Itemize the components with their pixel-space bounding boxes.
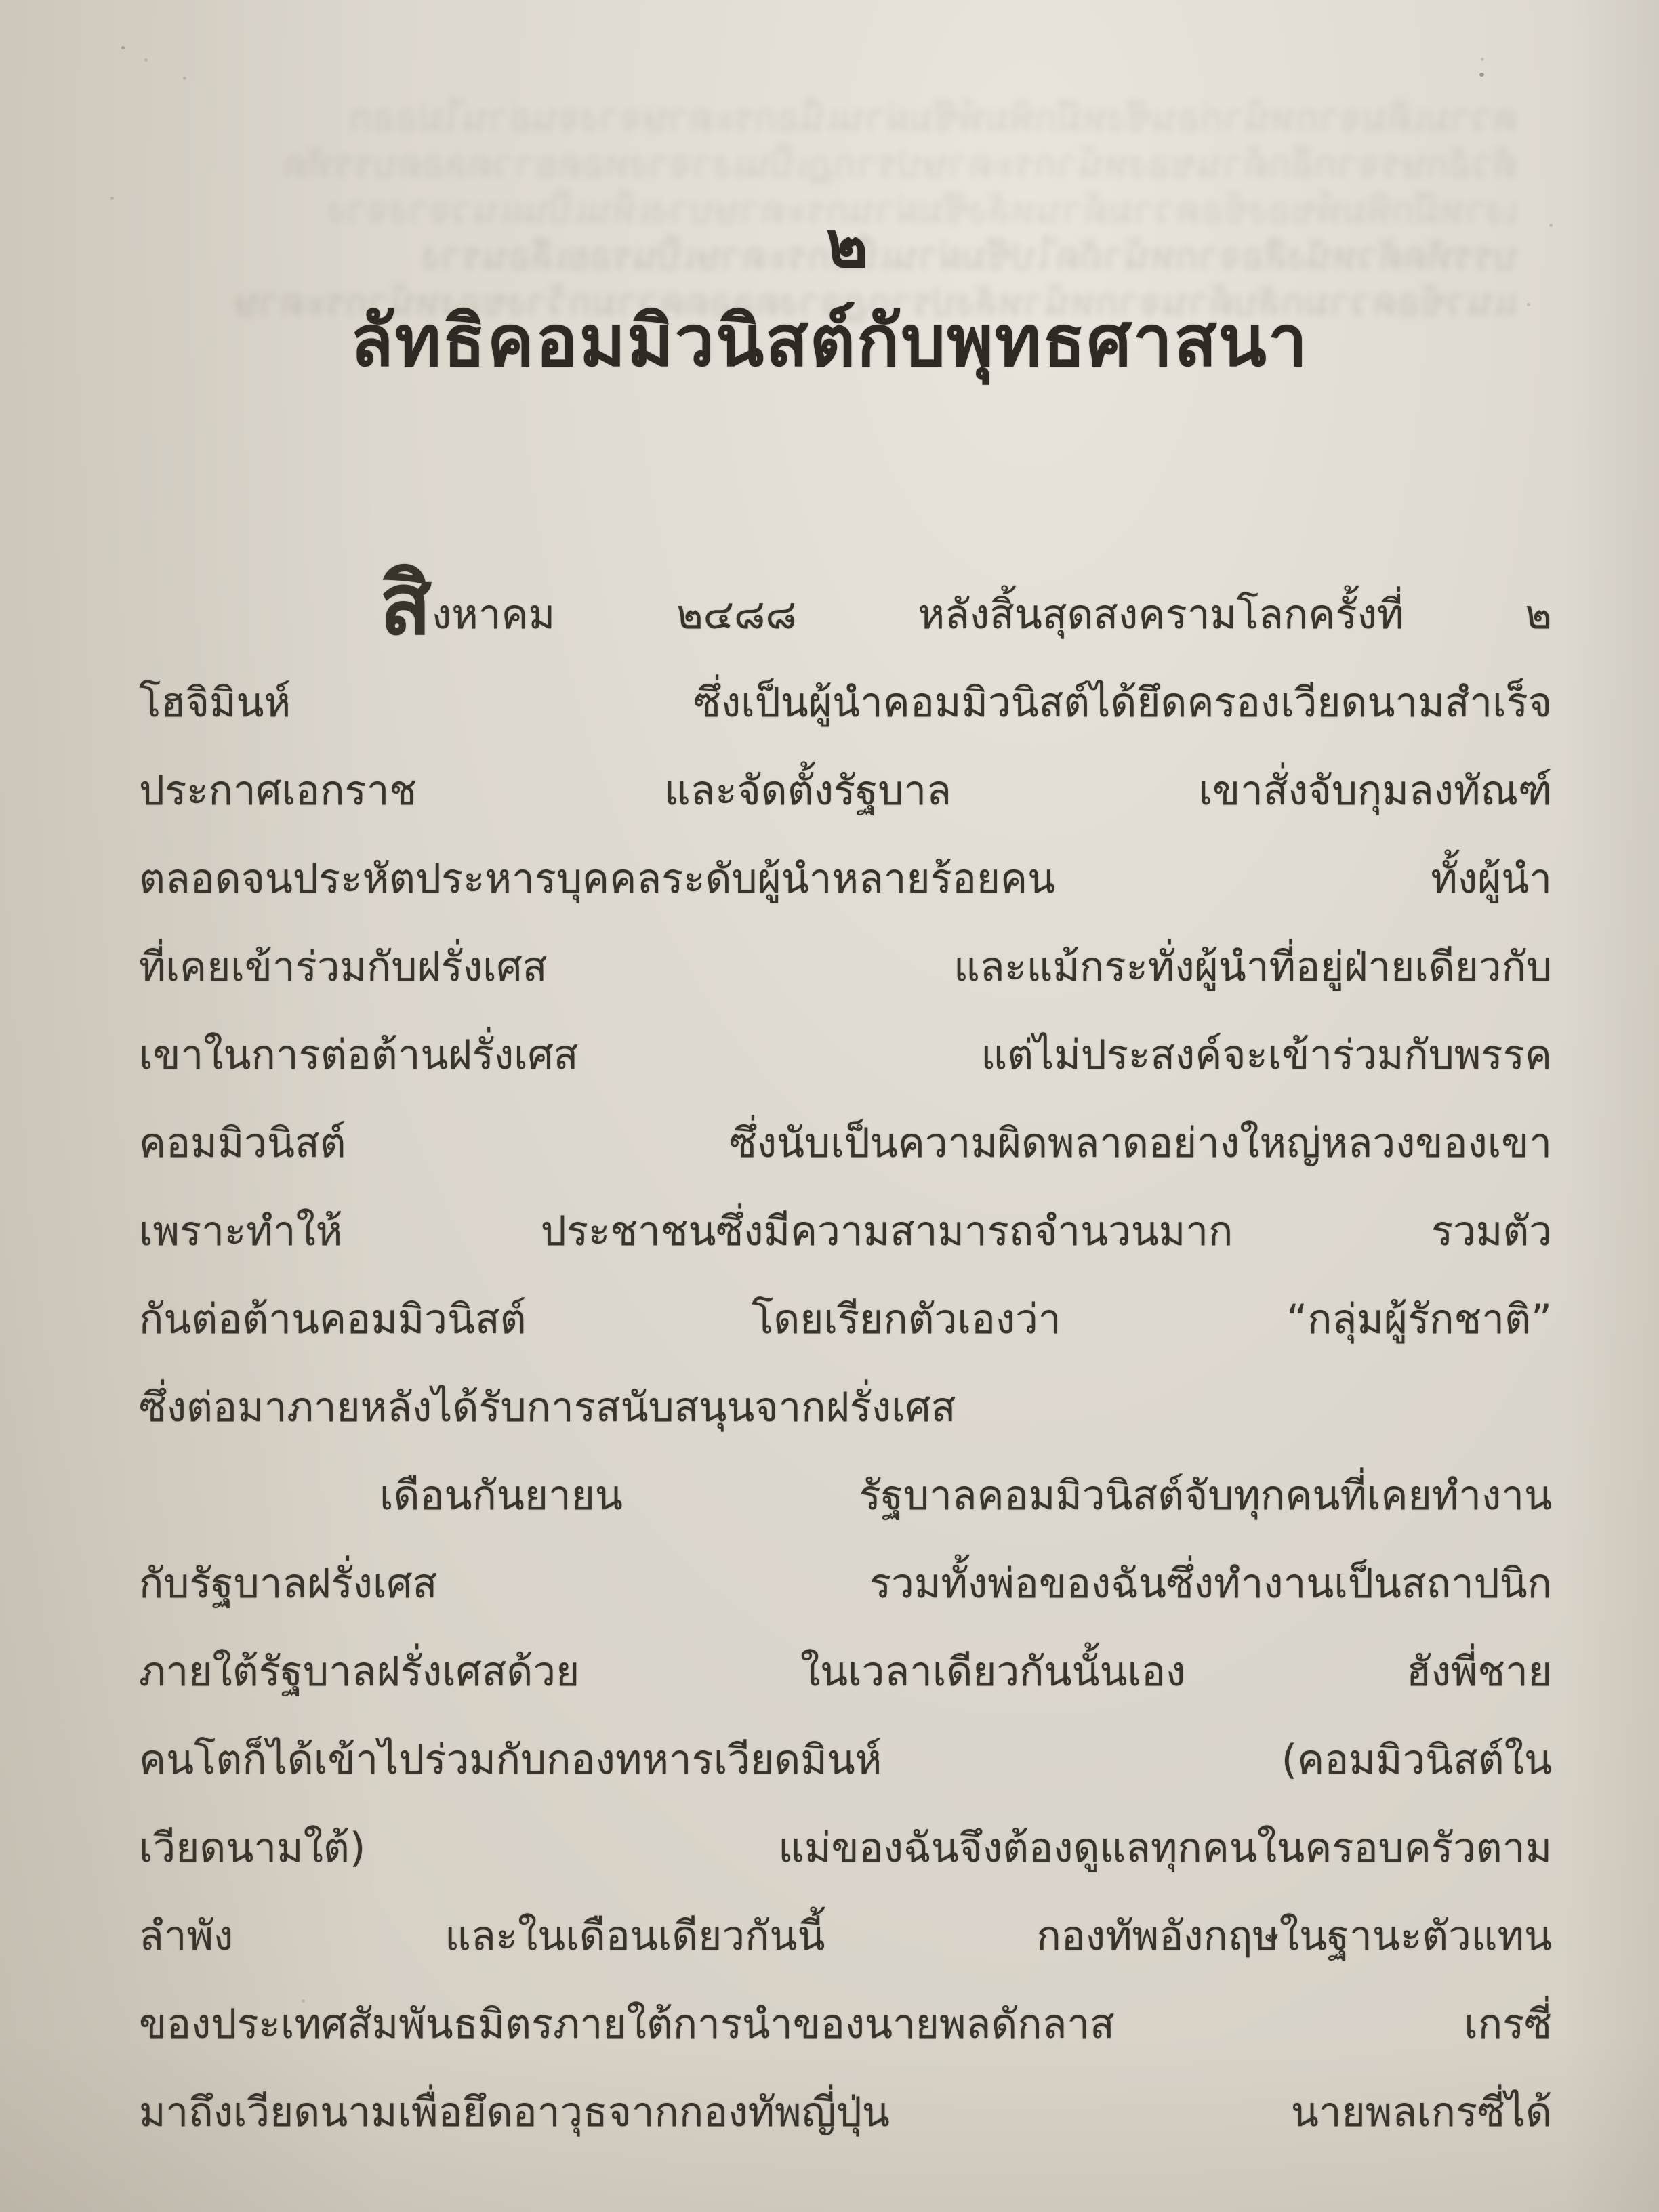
text-line: สิงหาคม ๒๔๘๘ หลังสิ้นสุดสงครามโลกครั้งที… [139, 571, 1552, 659]
text-line: คนโตก็ได้เข้าไปร่วมกับกองทหารเวียดมินห์ … [139, 1716, 1552, 1804]
text-line: เขาในการต่อต้านฝรั่งเศส แต่ไม่ประสงค์จะเ… [139, 1011, 1552, 1099]
paper-speck [1549, 224, 1553, 227]
paper-speck [110, 197, 114, 200]
paper-speck [302, 1999, 305, 2003]
text-line: กันต่อต้านคอมมิวนิสต์ โดยเรียกตัวเองว่า … [139, 1275, 1552, 1364]
body-text: สิงหาคม ๒๔๘๘ หลังสิ้นสุดสงครามโลกครั้งที… [139, 571, 1552, 2156]
text-line: ที่เคยเข้าร่วมกับฝรั่งเศส และแม้กระทั่งผ… [139, 923, 1552, 1011]
text-line: โฮจิมินห์ ซึ่งเป็นผู้นำคอมมิวนิสต์ได้ยึด… [139, 659, 1552, 747]
text-line: มาถึงเวียดนามเพื่อยึดอาวุธจากกองทัพญี่ปุ… [139, 2068, 1552, 2156]
text-line-rest: งหาคม ๒๔๘๘ หลังสิ้นสุดสงครามโลกครั้งที่ … [432, 591, 1552, 638]
paragraph-initial: สิ [380, 554, 432, 654]
paper-speck [1527, 303, 1530, 306]
text-line: ภายใต้รัฐบาลฝรั่งเศสด้วย ในเวลาเดียวกันน… [139, 1628, 1552, 1716]
text-line: คอมมิวนิสต์ ซึ่งนับเป็นความผิดพลาดอย่างใ… [139, 1099, 1552, 1187]
text-line: เดือนกันยายน รัฐบาลคอมมิวนิสต์จับทุกคนที… [139, 1452, 1552, 1540]
paper-speck [1479, 73, 1484, 77]
showthrough-line: ความเดิมจากหน้าก่อนซึ่งหมึกพิมพ์ซึมผ่านเ… [142, 96, 1518, 141]
paper-speck [121, 46, 125, 49]
showthrough-line: ตัวอักษรจากอีกด้านของหน้ากระดาษปรากฏเป็น… [142, 142, 1518, 187]
paper-speck [183, 77, 186, 80]
text-line: กับรัฐบาลฝรั่งเศส รวมทั้งพ่อของฉันซึ่งทำ… [139, 1540, 1552, 1628]
text-line: เพราะทำให้ ประชาชนซึ่งมีความสามารถจำนวนม… [139, 1187, 1552, 1275]
book-page-photo: ความเดิมจากหน้าก่อนซึ่งหมึกพิมพ์ซึมผ่านเ… [0, 0, 1659, 2212]
text-line: เวียดนามใต้) แม่ของฉันจึงต้องดูแลทุกคนใน… [139, 1804, 1552, 1892]
text-line: ซึ่งต่อมาภายหลังได้รับการสนับสนุนจากฝรั่… [139, 1364, 1552, 1452]
text-line: ประกาศเอกราช และจัดตั้งรัฐบาล เขาสั่งจับ… [139, 747, 1552, 835]
paper-speck [144, 58, 148, 62]
text-line: ลำพัง และในเดือนเดียวกันนี้ กองทัพอังกฤษ… [139, 1892, 1552, 1980]
text-line: ตลอดจนประหัตประหารบุคคลระดับผู้นำหลายร้อ… [139, 835, 1552, 923]
chapter-number: ๒ [18, 194, 1659, 295]
paper-speck [1481, 58, 1484, 61]
chapter-title: ลัทธิคอมมิวนิสต์กับพุทธศาสนา [0, 285, 1659, 396]
text-line: ของประเทศสัมพันธมิตรภายใต้การนำของนายพลด… [139, 1980, 1552, 2068]
